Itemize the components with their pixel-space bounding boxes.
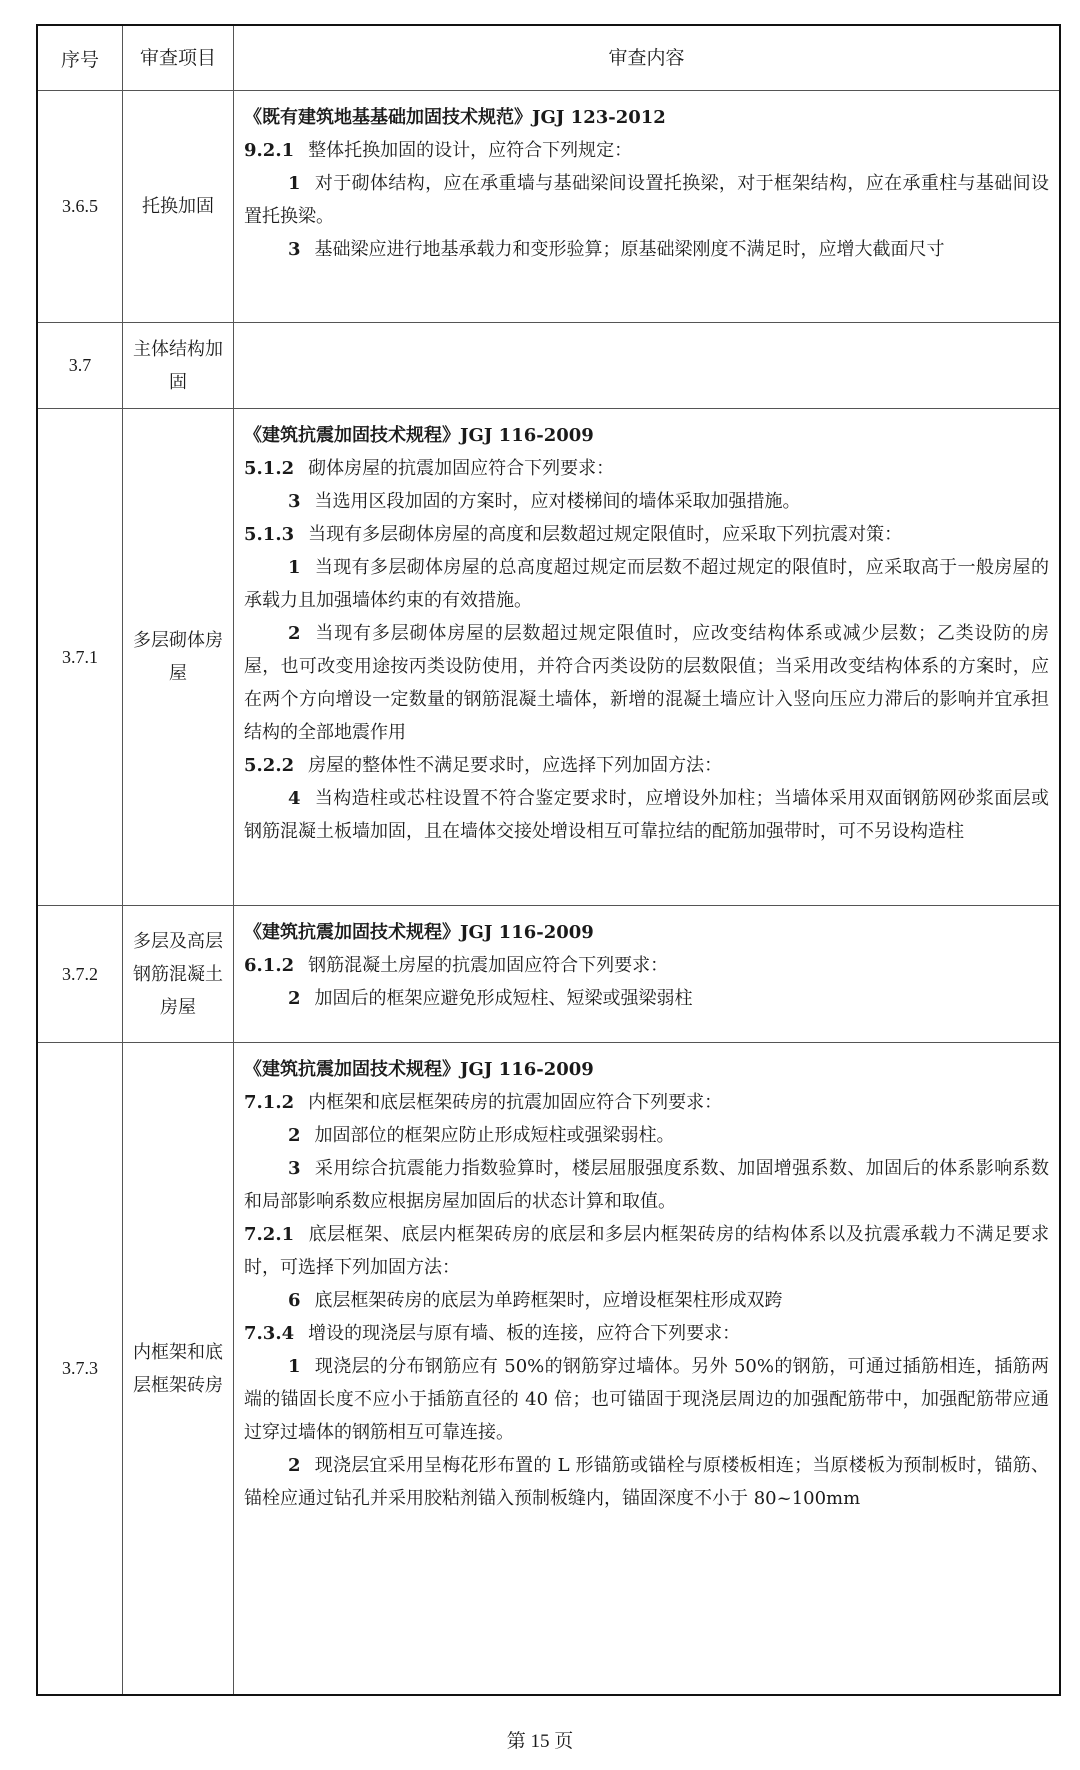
item-text: 当现有多层砌体房屋的层数超过规定限值时，应改变结构体系或减少层数；乙类设防的房屋… bbox=[244, 623, 1049, 743]
row-index: 3.7.3 bbox=[38, 1043, 123, 1694]
item-text: 现浇层宜采用呈梅花形布置的 L 形锚筋或锚栓与原楼板相连；当原楼板为预制板时，锚… bbox=[244, 1455, 1049, 1509]
row-index: 3.7 bbox=[38, 323, 123, 408]
clause-number: 6.1.2 bbox=[244, 955, 294, 976]
clause: 6.1.2钢筋混凝土房屋的抗震加固应符合下列要求： bbox=[244, 949, 1049, 982]
clause-text: 钢筋混凝土房屋的抗震加固应符合下列要求： bbox=[308, 955, 668, 976]
item-text: 底层框架砖房的底层为单跨框架时，应增设框架柱形成双跨 bbox=[315, 1290, 783, 1311]
item-number: 3 bbox=[288, 239, 301, 260]
standard-title: 《建筑抗震加固技术规程》JGJ 116-2009 bbox=[244, 916, 1049, 949]
clause-number: 7.1.2 bbox=[244, 1092, 294, 1113]
clause: 9.2.1整体托换加固的设计，应符合下列规定： bbox=[244, 134, 1049, 167]
table-row: 3.7.3 内框架和底层框架砖房 《建筑抗震加固技术规程》JGJ 116-200… bbox=[38, 1042, 1059, 1694]
clause-number: 7.2.1 bbox=[244, 1224, 294, 1245]
clause: 7.3.4增设的现浇层与原有墙、板的连接，应符合下列要求： bbox=[244, 1317, 1049, 1350]
item-text: 加固后的框架应避免形成短柱、短梁或强梁弱柱 bbox=[315, 988, 693, 1009]
clause-item: 2现浇层宜采用呈梅花形布置的 L 形锚筋或锚栓与原楼板相连；当原楼板为预制板时，… bbox=[244, 1449, 1049, 1515]
item-text: 当构造柱或芯柱设置不符合鉴定要求时，应增设外加柱；当墙体采用双面钢筋网砂浆面层或… bbox=[244, 788, 1049, 842]
item-number: 2 bbox=[288, 623, 301, 644]
item-number: 3 bbox=[288, 491, 301, 512]
clause-text: 房屋的整体性不满足要求时，应选择下列加固方法： bbox=[308, 755, 722, 776]
clause-text: 内框架和底层框架砖房的抗震加固应符合下列要求： bbox=[308, 1092, 722, 1113]
row-content: 《建筑抗震加固技术规程》JGJ 116-2009 5.1.2砌体房屋的抗震加固应… bbox=[234, 409, 1059, 905]
item-text: 采用综合抗震能力指数验算时，楼层屈服强度系数、加固增强系数、加固后的体系影响系数… bbox=[244, 1158, 1049, 1212]
row-content bbox=[234, 323, 1059, 408]
clause-number: 5.1.2 bbox=[244, 458, 294, 479]
standard-title: 《既有建筑地基基础加固技术规范》JGJ 123-2012 bbox=[244, 101, 1049, 134]
header-index: 序号 bbox=[38, 26, 123, 90]
item-number: 4 bbox=[288, 788, 301, 809]
row-item: 托换加固 bbox=[123, 91, 234, 322]
clause-number: 7.3.4 bbox=[244, 1323, 294, 1344]
table-row: 3.7.1 多层砌体房屋 《建筑抗震加固技术规程》JGJ 116-2009 5.… bbox=[38, 408, 1059, 905]
item-number: 2 bbox=[288, 988, 301, 1009]
clause-number: 5.2.2 bbox=[244, 755, 294, 776]
clause: 5.1.2砌体房屋的抗震加固应符合下列要求： bbox=[244, 452, 1049, 485]
standard-title: 《建筑抗震加固技术规程》JGJ 116-2009 bbox=[244, 1053, 1049, 1086]
row-item: 内框架和底层框架砖房 bbox=[123, 1043, 234, 1694]
clause-text: 整体托换加固的设计，应符合下列规定： bbox=[308, 140, 632, 161]
clause-item: 4当构造柱或芯柱设置不符合鉴定要求时，应增设外加柱；当墙体采用双面钢筋网砂浆面层… bbox=[244, 782, 1049, 848]
item-number: 3 bbox=[288, 1158, 301, 1179]
item-text: 当选用区段加固的方案时，应对楼梯间的墙体采取加强措施。 bbox=[315, 491, 801, 512]
row-item: 多层砌体房屋 bbox=[123, 409, 234, 905]
clause-item: 1现浇层的分布钢筋应有 50%的钢筋穿过墙体。另外 50%的钢筋，可通过插筋相连… bbox=[244, 1350, 1049, 1449]
clause: 7.1.2内框架和底层框架砖房的抗震加固应符合下列要求： bbox=[244, 1086, 1049, 1119]
clause-text: 增设的现浇层与原有墙、板的连接，应符合下列要求： bbox=[308, 1323, 740, 1344]
clause-item: 6底层框架砖房的底层为单跨框架时，应增设框架柱形成双跨 bbox=[244, 1284, 1049, 1317]
clause-text: 底层框架、底层内框架砖房的底层和多层内框架砖房的结构体系以及抗震承载力不满足要求… bbox=[244, 1224, 1049, 1278]
row-content: 《建筑抗震加固技术规程》JGJ 116-2009 6.1.2钢筋混凝土房屋的抗震… bbox=[234, 906, 1059, 1042]
clause-text: 砌体房屋的抗震加固应符合下列要求： bbox=[308, 458, 614, 479]
item-number: 6 bbox=[288, 1290, 301, 1311]
item-text: 当现有多层砌体房屋的总高度超过规定而层数不超过规定的限值时，应采取高于一般房屋的… bbox=[244, 557, 1049, 611]
clause-number: 9.2.1 bbox=[244, 140, 294, 161]
row-index: 3.7.1 bbox=[38, 409, 123, 905]
row-index: 3.6.5 bbox=[38, 91, 123, 322]
item-number: 2 bbox=[288, 1125, 301, 1146]
header-content: 审查内容 bbox=[234, 26, 1059, 90]
item-text: 基础梁应进行地基承载力和变形验算；原基础梁刚度不满足时，应增大截面尺寸 bbox=[315, 239, 945, 260]
clause-item: 1对于砌体结构，应在承重墙与基础梁间设置托换梁，对于框架结构，应在承重柱与基础间… bbox=[244, 167, 1049, 233]
review-table: 序号 审查项目 审查内容 3.6.5 托换加固 《既有建筑地基基础加固技术规范》… bbox=[36, 24, 1061, 1696]
header-item: 审查项目 bbox=[123, 26, 234, 90]
clause-item: 3采用综合抗震能力指数验算时，楼层屈服强度系数、加固增强系数、加固后的体系影响系… bbox=[244, 1152, 1049, 1218]
row-item: 主体结构加固 bbox=[123, 323, 234, 408]
clause-item: 2当现有多层砌体房屋的层数超过规定限值时，应改变结构体系或减少层数；乙类设防的房… bbox=[244, 617, 1049, 749]
clause-item: 1当现有多层砌体房屋的总高度超过规定而层数不超过规定的限值时，应采取高于一般房屋… bbox=[244, 551, 1049, 617]
row-item: 多层及高层钢筋混凝土房屋 bbox=[123, 906, 234, 1042]
row-content: 《建筑抗震加固技术规程》JGJ 116-2009 7.1.2内框架和底层框架砖房… bbox=[234, 1043, 1059, 1523]
table-header-row: 序号 审查项目 审查内容 bbox=[38, 26, 1059, 90]
item-number: 1 bbox=[288, 173, 301, 194]
clause: 5.2.2房屋的整体性不满足要求时，应选择下列加固方法： bbox=[244, 749, 1049, 782]
page-number: 第 15 页 bbox=[0, 1726, 1080, 1753]
item-text: 对于砌体结构，应在承重墙与基础梁间设置托换梁，对于框架结构，应在承重柱与基础间设… bbox=[244, 173, 1049, 227]
clause-text: 当现有多层砌体房屋的高度和层数超过规定限值时，应采取下列抗震对策： bbox=[308, 524, 902, 545]
clause-item: 3当选用区段加固的方案时，应对楼梯间的墙体采取加强措施。 bbox=[244, 485, 1049, 518]
item-number: 1 bbox=[288, 1356, 301, 1377]
clause-item: 3基础梁应进行地基承载力和变形验算；原基础梁刚度不满足时，应增大截面尺寸 bbox=[244, 233, 1049, 266]
table-row: 3.6.5 托换加固 《既有建筑地基基础加固技术规范》JGJ 123-2012 … bbox=[38, 90, 1059, 322]
clause-item: 2加固部位的框架应防止形成短柱或强梁弱柱。 bbox=[244, 1119, 1049, 1152]
clause-item: 2加固后的框架应避免形成短柱、短梁或强梁弱柱 bbox=[244, 982, 1049, 1015]
row-content: 《既有建筑地基基础加固技术规范》JGJ 123-2012 9.2.1整体托换加固… bbox=[234, 91, 1059, 322]
clause: 7.2.1底层框架、底层内框架砖房的底层和多层内框架砖房的结构体系以及抗震承载力… bbox=[244, 1218, 1049, 1284]
row-index: 3.7.2 bbox=[38, 906, 123, 1042]
clause-number: 5.1.3 bbox=[244, 524, 294, 545]
table-row: 3.7 主体结构加固 bbox=[38, 322, 1059, 408]
item-number: 1 bbox=[288, 557, 301, 578]
item-text: 现浇层的分布钢筋应有 50%的钢筋穿过墙体。另外 50%的钢筋，可通过插筋相连，… bbox=[244, 1356, 1049, 1443]
standard-title: 《建筑抗震加固技术规程》JGJ 116-2009 bbox=[244, 419, 1049, 452]
table-row: 3.7.2 多层及高层钢筋混凝土房屋 《建筑抗震加固技术规程》JGJ 116-2… bbox=[38, 905, 1059, 1042]
item-text: 加固部位的框架应防止形成短柱或强梁弱柱。 bbox=[315, 1125, 675, 1146]
clause: 5.1.3当现有多层砌体房屋的高度和层数超过规定限值时，应采取下列抗震对策： bbox=[244, 518, 1049, 551]
item-number: 2 bbox=[288, 1455, 301, 1476]
